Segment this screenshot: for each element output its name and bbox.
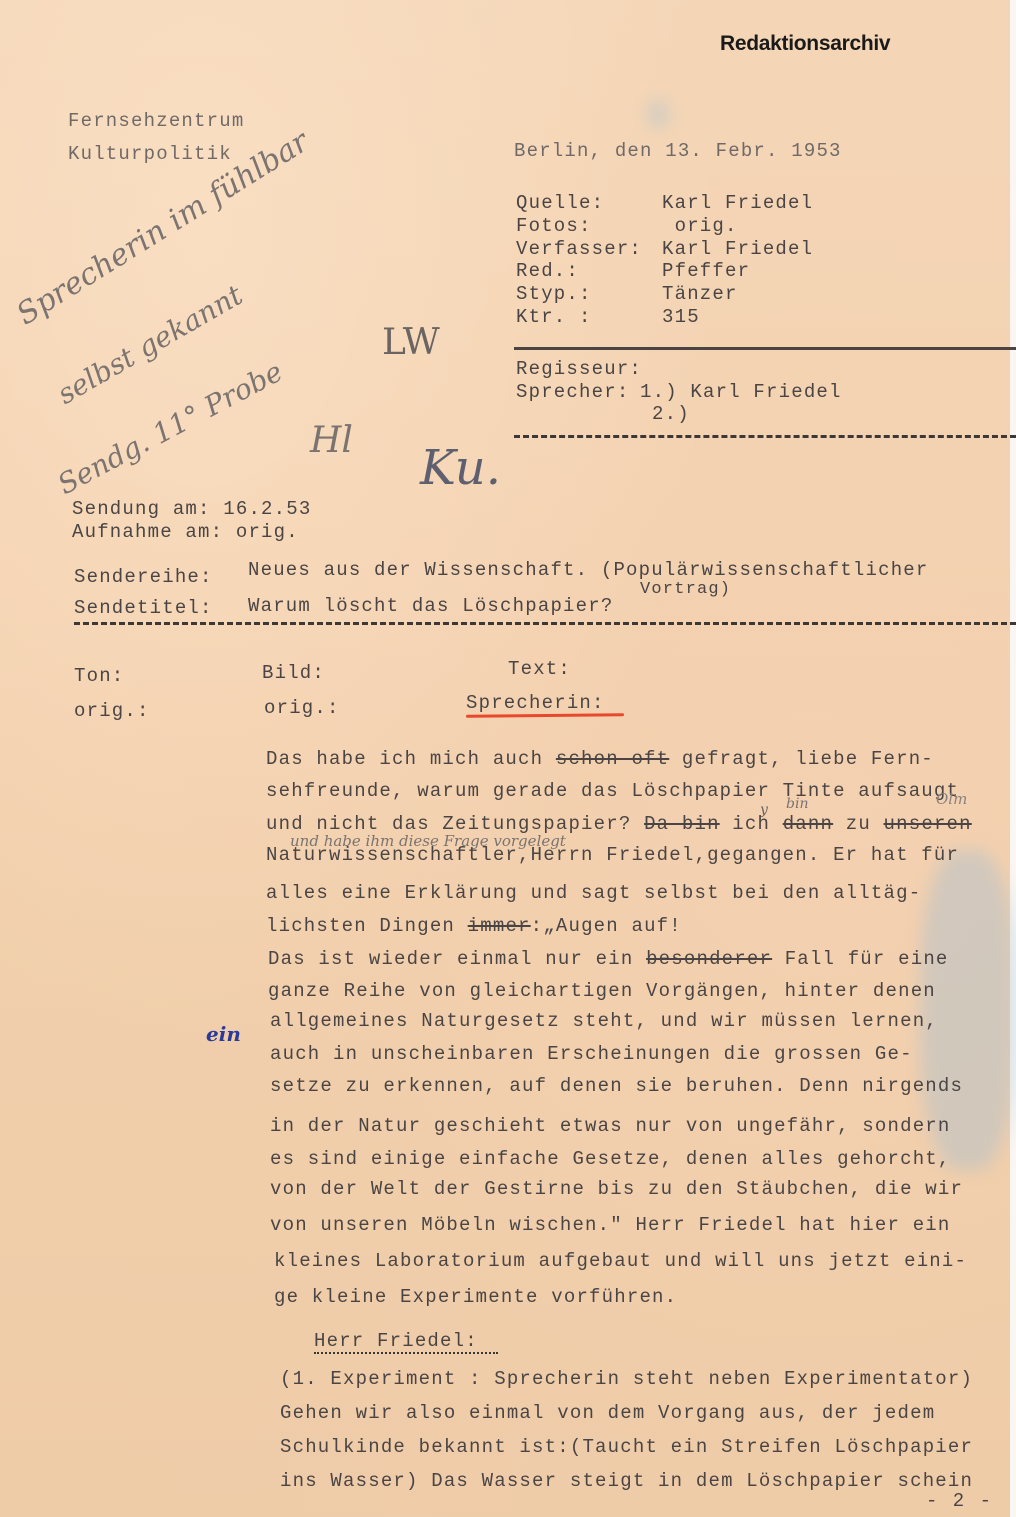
sendereihe-label: Sendereihe: (74, 566, 213, 588)
sendereihe-value-cont: Vortrag) (640, 580, 731, 599)
body-line: alles eine Erklärung und sagt selbst bei… (266, 882, 921, 904)
archive-stamp: Redaktionsarchiv (720, 32, 890, 56)
body-line: auch in unscheinbaren Erscheinungen die … (270, 1043, 913, 1065)
column-text: Text: (508, 658, 571, 680)
column-bild: Bild: (262, 662, 325, 684)
meta-row-fotos: Fotos: orig. (516, 215, 738, 237)
ton-value: orig.: (74, 700, 150, 722)
aufnahme-label: Aufnahme am: orig. (72, 521, 299, 543)
body-line: ins Wasser) Das Wasser steigt in dem Lös… (280, 1470, 973, 1492)
meta-row-ktr: Ktr. :315 (516, 306, 700, 328)
document-date: Berlin, den 13. Febr. 1953 (514, 140, 842, 162)
meta-row-verfasser: Verfasser:Karl Friedel (516, 238, 813, 260)
speaker-label: Herr Friedel: (314, 1330, 478, 1352)
handwritten-insert: bin (786, 796, 808, 812)
handwritten-initials: Ku. (420, 440, 501, 496)
ink-stain (648, 100, 668, 128)
handwritten-initials: Hl (310, 420, 353, 461)
paper-edge (1010, 0, 1016, 1517)
sendereihe-value: Neues aus der Wissenschaft. (Populärwiss… (248, 559, 929, 581)
org-name: Fernsehzentrum (68, 110, 244, 132)
body-line: von unseren Möbeln wischen." Herr Friede… (270, 1214, 951, 1236)
body-line: Das habe ich mich auch schon oft gefragt… (266, 748, 934, 770)
sprecher-1: 1.) Karl Friedel (640, 381, 842, 403)
speaker-label: Sprecherin: (466, 692, 605, 714)
divider (74, 622, 1016, 625)
handwritten-insert: Olm (936, 790, 967, 808)
body-line: lichsten Dingen immer:„Augen auf! (266, 915, 682, 937)
body-line: Naturwissenschaftler,Herrn Friedel,gegan… (266, 844, 959, 866)
sendetitel-label: Sendetitel: (74, 597, 213, 619)
body-line: Schulkinde bekannt ist:(Taucht ein Strei… (280, 1436, 973, 1458)
body-line: allgemeines Naturgesetz steht, und wir m… (270, 1010, 938, 1032)
divider (514, 435, 1016, 438)
red-underline (466, 713, 624, 718)
meta-row-quelle: Quelle:Karl Friedel (516, 192, 813, 214)
body-line: es sind einige einfache Gesetze, denen a… (270, 1148, 951, 1170)
sendetitel-value: Warum löscht das Löschpapier? (248, 595, 613, 617)
body-line: in der Natur geschieht etwas nur von ung… (270, 1115, 951, 1137)
body-line: ge kleine Experimente vorführen. (274, 1286, 677, 1308)
body-line: ganze Reihe von gleichartigen Vorgängen,… (268, 980, 936, 1002)
sprecher-2: 2.) (652, 403, 690, 425)
org-department: Kulturpolitik (68, 143, 232, 165)
body-line: Gehen wir also einmal von dem Vorgang au… (280, 1402, 935, 1424)
column-ton: Ton: (74, 665, 124, 687)
meta-row-red: Red.:Pfeffer (516, 260, 750, 282)
margin-correction: ein (206, 1022, 241, 1046)
handwritten-initials: LW (382, 322, 440, 363)
meta-row-styp: Styp.:Tänzer (516, 283, 738, 305)
body-line: setze zu erkennen, auf denen sie beruhen… (270, 1075, 963, 1097)
sprecher-label: Sprecher: (516, 381, 629, 403)
sendung-label: Sendung am: 16.2.53 (72, 498, 311, 520)
body-line: sehfreunde, warum gerade das Löschpapier… (266, 780, 959, 802)
divider (514, 347, 1016, 350)
body-line: von der Welt der Gestirne bis zu den Stä… (270, 1178, 963, 1200)
speaker-underline (314, 1352, 498, 1354)
body-line: kleines Laboratorium aufgebaut und will … (274, 1250, 967, 1272)
regisseur-label: Regisseur: (516, 358, 642, 380)
bild-value: orig.: (264, 697, 340, 719)
page-number: - 2 - (926, 1490, 993, 1512)
body-line: Das ist wieder einmal nur ein besonderer… (268, 948, 949, 970)
body-line: (1. Experiment : Sprecherin steht neben … (280, 1368, 973, 1390)
